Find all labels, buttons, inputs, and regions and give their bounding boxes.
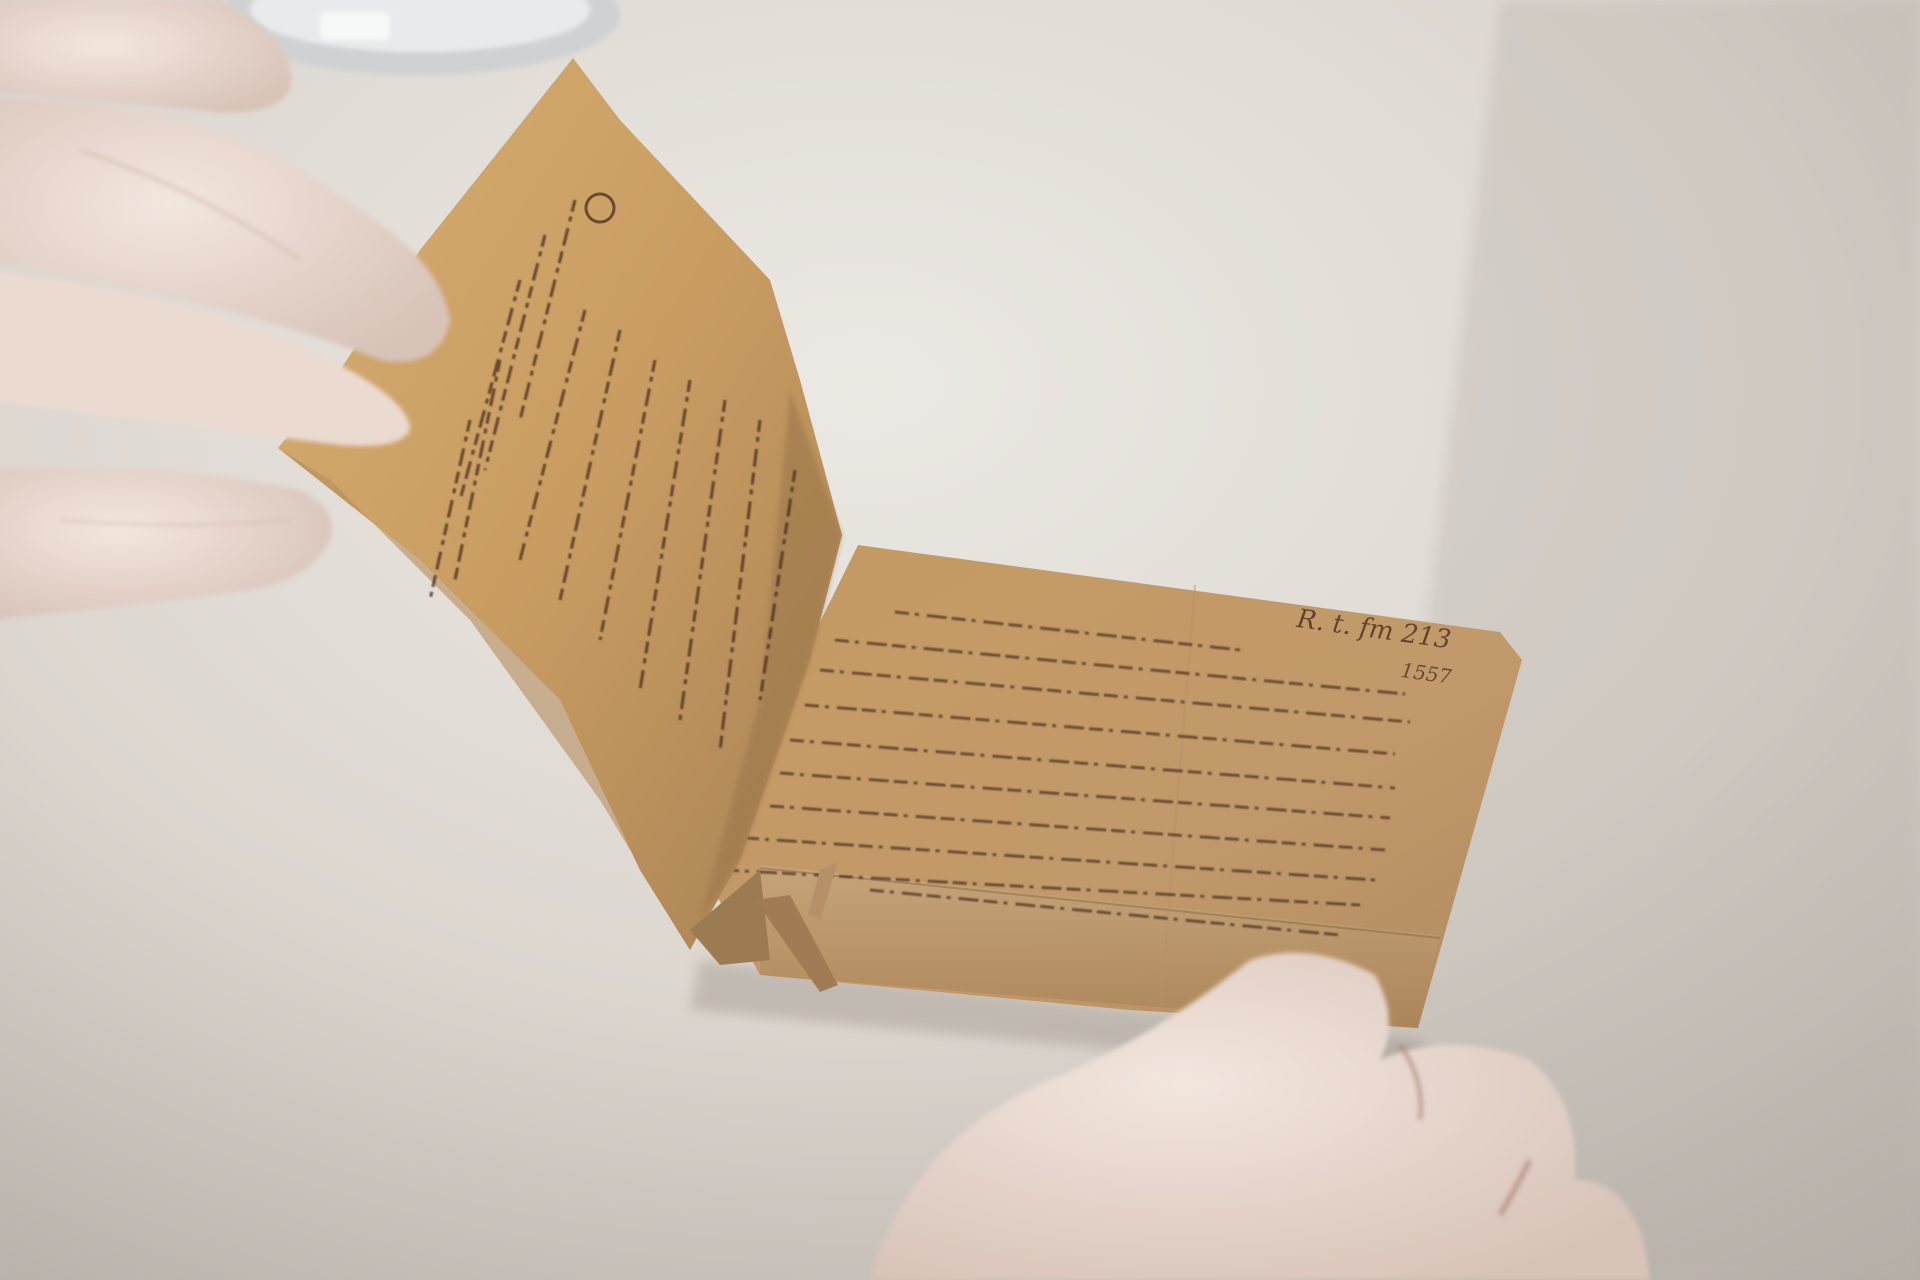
photo-scene: R. t. fm 213 1557: [0, 0, 1920, 1280]
